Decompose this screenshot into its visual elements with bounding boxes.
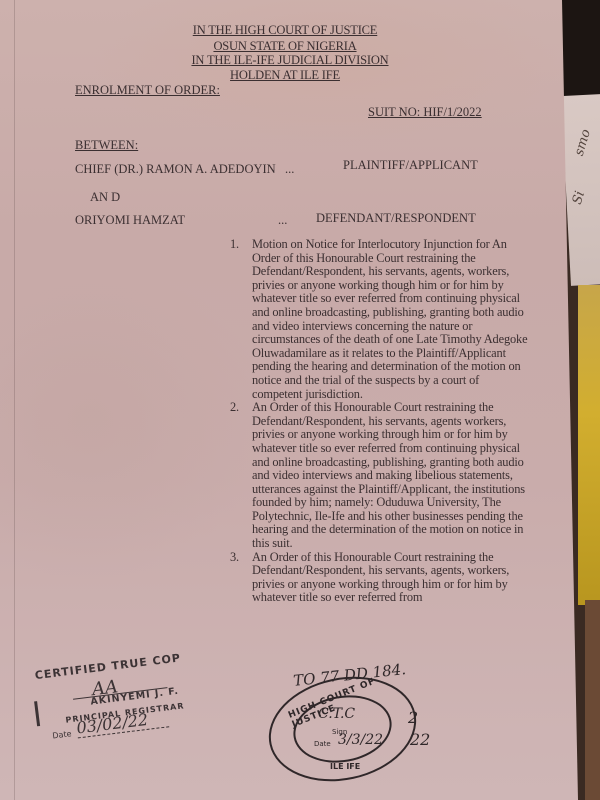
- court-heading-line-1: IN THE HIGH COURT OF JUSTICE: [160, 23, 410, 38]
- background-yellow-object: [578, 285, 600, 605]
- suit-number: SUIT NO: HIF/1/2022: [368, 105, 482, 120]
- seal-bottom-text: ILE IFE: [330, 762, 360, 771]
- document-title: ENROLMENT OF ORDER:: [75, 83, 220, 98]
- order-item: 2. An Order of this Honourable Court res…: [230, 401, 530, 551]
- order-item: 1. Motion on Notice for Interlocutory In…: [230, 238, 530, 401]
- order-number: 3.: [230, 551, 239, 565]
- order-number: 2.: [230, 401, 239, 415]
- stamp-date-label: Date: [52, 729, 72, 740]
- seal-ctc: C.T.C: [318, 706, 355, 722]
- court-seal-stamp: TO 77 DD 184. HIGH COURT OF JUSTICE C.T.…: [268, 668, 418, 783]
- page-fold-line: [14, 0, 15, 800]
- defendant-separator: ...: [278, 213, 287, 228]
- document-page: IN THE HIGH COURT OF JUSTICE OSUN STATE …: [0, 0, 585, 800]
- defendant-role: DEFENDANT/RESPONDENT: [316, 211, 476, 226]
- seal-date-label: Date: [314, 740, 331, 748]
- order-item: 3. An Order of this Honourable Court res…: [230, 551, 530, 605]
- certified-true-copy-stamp: CERTIFIED TRUE COP AA AKINYEMI J. F. PRI…: [33, 639, 223, 750]
- plaintiff-name: CHIEF (DR.) RAMON A. ADEDOYIN: [75, 162, 276, 177]
- between-label: BETWEEN:: [75, 138, 138, 153]
- and-label: AN D: [90, 190, 120, 205]
- seal-handwriting: 2: [408, 708, 418, 727]
- court-heading-line-2: OSUN STATE OF NIGERIA: [160, 39, 410, 54]
- background-table: [585, 600, 600, 800]
- orders-list: 1. Motion on Notice for Interlocutory In…: [230, 238, 530, 605]
- seal-date: 3/3/22: [338, 732, 383, 748]
- order-text: An Order of this Honourable Court restra…: [252, 550, 509, 605]
- defendant-name: ORIYOMI HAMZAT: [75, 213, 185, 228]
- seal-handwriting: 22: [410, 730, 430, 749]
- order-number: 1.: [230, 238, 239, 252]
- stamp-mark: [34, 701, 40, 726]
- court-heading-line-4: HOLDEN AT ILE IFE: [160, 68, 410, 83]
- order-text: Motion on Notice for Interlocutory Injun…: [252, 237, 527, 401]
- plaintiff-separator: ...: [285, 162, 294, 177]
- court-heading-line-3: IN THE ILE-IFE JUDICIAL DIVISION: [155, 53, 425, 68]
- order-text: An Order of this Honourable Court restra…: [252, 400, 525, 550]
- plaintiff-role: PLAINTIFF/APPLICANT: [343, 158, 478, 173]
